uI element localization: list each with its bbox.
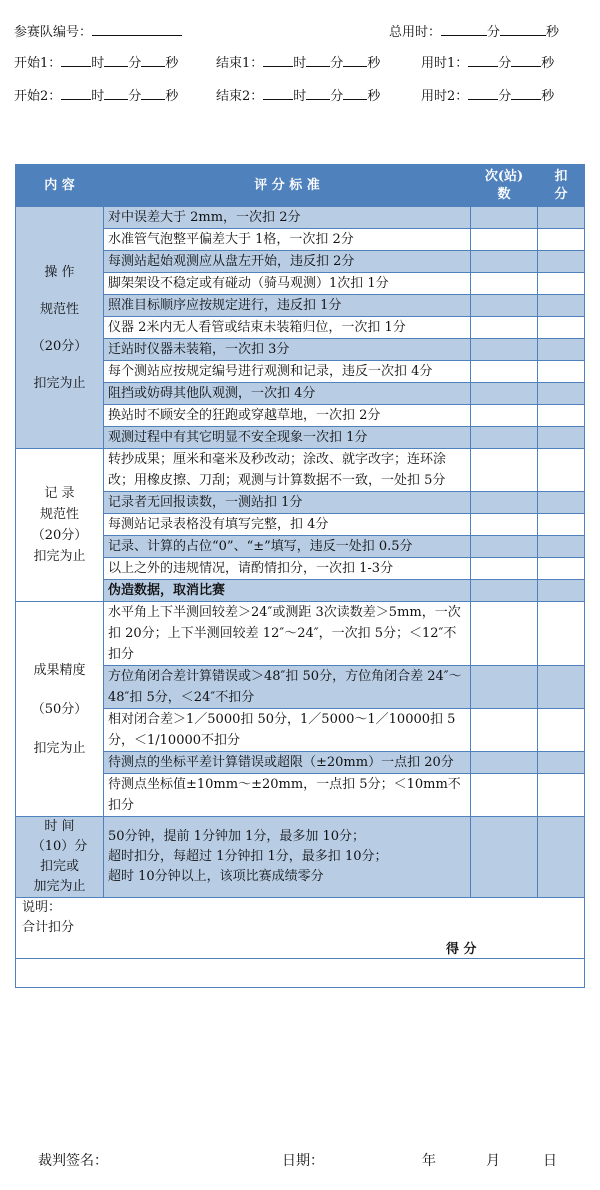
end2-sec-field[interactable]	[343, 86, 367, 100]
deduction-cell[interactable]	[538, 427, 585, 449]
criterion: 待测点的坐标平差计算错误或超限（±20mm）一点扣 20分	[104, 752, 471, 774]
criterion: 每个测站应按规定编号进行观测和记录，违反一次扣 4分	[104, 361, 471, 383]
deduction-cell[interactable]	[538, 361, 585, 383]
count-cell[interactable]	[471, 317, 538, 339]
criterion: 对中误差大于 2mm，一次扣 2分	[104, 207, 471, 229]
deduction-cell[interactable]	[538, 229, 585, 251]
start2-sec-field[interactable]	[141, 86, 165, 100]
team-no-label: 参赛队编号：	[14, 25, 92, 40]
col-header-content: 内 容	[16, 165, 104, 207]
notes-cell[interactable]: 说明： 合计扣分 得 分	[16, 898, 585, 959]
criterion: 仪器 2米内无人看管或结束未装箱归位，一次扣 1分	[104, 317, 471, 339]
count-cell[interactable]	[471, 229, 538, 251]
criterion: 脚架架设不稳定或有碰动（骑马观测）1次扣 1分	[104, 273, 471, 295]
minute-unit: 分	[498, 89, 511, 104]
criterion: 转抄成果；厘米和毫米及秒改动；涂改、就字改字；连环涂改；用橡皮擦、刀刮；观测与计…	[104, 449, 471, 492]
criterion: 水准管气泡整平偏差大于 1格，一次扣 2分	[104, 229, 471, 251]
count-cell[interactable]	[471, 361, 538, 383]
criterion: 观测过程中有其它明显不安全现象一次扣 1分	[104, 427, 471, 449]
second-unit: 秒	[367, 56, 380, 71]
criterion: 相对闭合差＞1／5000扣 50分，1／5000～1／10000扣 5分，＜1/…	[104, 709, 471, 752]
team-info-line: 参赛队编号： 总用时：分秒	[14, 22, 586, 40]
second-unit: 秒	[541, 56, 554, 71]
count-cell[interactable]	[471, 666, 538, 709]
table-row: 时 间 （10）分 扣完或 加完为止 50分钟，提前 1分钟加 1分，最多加 1…	[16, 817, 585, 898]
end2-label: 结束2：	[216, 89, 263, 104]
deduction-cell[interactable]	[538, 207, 585, 229]
end1-min-field[interactable]	[306, 53, 330, 67]
notes-label: 说明：	[22, 898, 580, 918]
criterion-time: 50分钟，提前 1分钟加 1分，最多加 10分； 超时扣分，每超过 1分钟扣 1…	[104, 817, 471, 898]
count-cell[interactable]	[471, 251, 538, 273]
deduction-cell[interactable]	[538, 602, 585, 666]
criterion: 水平角上下半测回较差＞24″或测距 3次读数差＞5mm，一次扣 20分；上下半测…	[104, 602, 471, 666]
criterion: 照准目标顺序应按规定进行，违反扣 1分	[104, 295, 471, 317]
month-label: 月	[486, 1150, 500, 1170]
count-cell[interactable]	[471, 774, 538, 817]
total-deduction-label: 合计扣分	[22, 918, 580, 938]
count-cell[interactable]	[471, 536, 538, 558]
deduction-cell[interactable]	[538, 273, 585, 295]
day-label: 日	[543, 1150, 557, 1170]
end1-hour-field[interactable]	[263, 53, 293, 67]
deduction-cell[interactable]	[538, 514, 585, 536]
start2-min-field[interactable]	[104, 86, 128, 100]
deduction-cell[interactable]	[538, 339, 585, 361]
deduction-cell[interactable]	[538, 536, 585, 558]
start2-label: 开始2：	[14, 89, 61, 104]
deduction-cell[interactable]	[538, 580, 585, 602]
count-cell[interactable]	[471, 207, 538, 229]
table-row: 操 作 规范性 （20分） 扣完为止 对中误差大于 2mm，一次扣 2分	[16, 207, 585, 229]
col-header-criteria: 评 分 标 准	[104, 165, 471, 207]
minute-unit: 分	[330, 56, 343, 71]
deduction-cell[interactable]	[538, 383, 585, 405]
count-cell[interactable]	[471, 427, 538, 449]
minute-unit: 分	[487, 25, 500, 40]
used1-min-field[interactable]	[468, 53, 498, 67]
count-cell[interactable]	[471, 817, 538, 898]
total-time-label: 总用时：	[389, 25, 441, 40]
deduction-cell[interactable]	[538, 492, 585, 514]
count-cell[interactable]	[471, 295, 538, 317]
deduction-cell[interactable]	[538, 405, 585, 427]
criterion: 方位角闭合差计算错误或＞48″扣 50分，方位角闭合差 24″～48″扣 5分，…	[104, 666, 471, 709]
second-unit: 秒	[546, 25, 559, 40]
deduction-cell[interactable]	[538, 449, 585, 492]
deduction-cell[interactable]	[538, 774, 585, 817]
count-cell[interactable]	[471, 752, 538, 774]
table-header-row: 内 容 评 分 标 准 次(站)数 扣分	[16, 165, 585, 207]
criterion: 每测站记录表格没有填写完整，扣 4分	[104, 514, 471, 536]
category-operation: 操 作 规范性 （20分） 扣完为止	[16, 207, 104, 449]
minute-unit: 分	[498, 56, 511, 71]
table-row: 记 录 规范性 （20分） 扣完为止 转抄成果；厘米和毫米及秒改动；涂改、就字改…	[16, 449, 585, 492]
year-label: 年	[422, 1150, 436, 1170]
count-cell[interactable]	[471, 383, 538, 405]
count-cell[interactable]	[471, 405, 538, 427]
category-time: 时 间 （10）分 扣完或 加完为止	[16, 817, 104, 898]
criterion: 阻挡或妨碍其他队观测，一次扣 4分	[104, 383, 471, 405]
count-cell[interactable]	[471, 580, 538, 602]
second-unit: 秒	[165, 89, 178, 104]
scoring-table: 内 容 评 分 标 准 次(站)数 扣分 操 作 规范性 （20分） 扣完为止 …	[15, 164, 585, 988]
total-min-field[interactable]	[441, 22, 487, 36]
end1-label: 结束1：	[216, 56, 263, 71]
score-cell[interactable]	[16, 959, 585, 988]
category-accuracy: 成果精度 （50分） 扣完为止	[16, 602, 104, 817]
deduction-cell[interactable]	[538, 317, 585, 339]
minute-unit: 分	[330, 89, 343, 104]
criterion: 以上之外的违规情况，请酌情扣分，一次扣 1-3分	[104, 558, 471, 580]
second-unit: 秒	[541, 89, 554, 104]
col-header-deduction: 扣分	[538, 165, 585, 207]
criterion: 迁站时仪器未装箱，一次扣 3分	[104, 339, 471, 361]
hour-unit: 时	[91, 89, 104, 104]
used1-label: 用时1：	[421, 56, 468, 71]
end1-sec-field[interactable]	[343, 53, 367, 67]
deduction-cell[interactable]	[538, 817, 585, 898]
second-unit: 秒	[367, 89, 380, 104]
score-row	[16, 959, 585, 988]
criterion: 每测站起始观测应从盘左开始，违反扣 2分	[104, 251, 471, 273]
date-label: 日期：	[282, 1150, 324, 1170]
deduction-cell[interactable]	[538, 752, 585, 774]
end2-hour-field[interactable]	[263, 86, 293, 100]
criterion-forgery: 伪造数据，取消比赛	[104, 580, 471, 602]
end2-min-field[interactable]	[306, 86, 330, 100]
deduction-cell[interactable]	[538, 251, 585, 273]
count-cell[interactable]	[471, 514, 538, 536]
count-cell[interactable]	[471, 273, 538, 295]
used1-sec-field[interactable]	[511, 53, 541, 67]
second-unit: 秒	[165, 56, 178, 71]
count-cell[interactable]	[471, 558, 538, 580]
deduction-cell[interactable]	[538, 558, 585, 580]
run2-line: 开始2：时分秒 结束2：时分秒 用时2：分秒	[14, 86, 586, 104]
start1-label: 开始1：	[14, 56, 61, 71]
score-label: 得 分	[446, 940, 477, 960]
start1-sec-field[interactable]	[141, 53, 165, 67]
minute-unit: 分	[128, 56, 141, 71]
used2-label: 用时2：	[421, 89, 468, 104]
referee-signature-label: 裁判签名：	[38, 1150, 108, 1170]
deduction-cell[interactable]	[538, 666, 585, 709]
count-cell[interactable]	[471, 602, 538, 666]
minute-unit: 分	[128, 89, 141, 104]
team-no-field[interactable]	[92, 22, 182, 36]
criterion: 待测点坐标值±10mm～±20mm，一点扣 5分；＜10mm不扣分	[104, 774, 471, 817]
run1-line: 开始1：时分秒 结束1：时分秒 用时1：分秒	[14, 53, 586, 71]
deduction-cell[interactable]	[538, 295, 585, 317]
count-cell[interactable]	[471, 449, 538, 492]
hour-unit: 时	[91, 56, 104, 71]
category-recording: 记 录 规范性 （20分） 扣完为止	[16, 449, 104, 602]
col-header-count: 次(站)数	[471, 165, 538, 207]
count-cell[interactable]	[471, 339, 538, 361]
deduction-cell[interactable]	[538, 709, 585, 752]
total-sec-field[interactable]	[500, 22, 546, 36]
criterion: 记录者无回报读数，一测站扣 1分	[104, 492, 471, 514]
start1-min-field[interactable]	[104, 53, 128, 67]
criterion: 记录、计算的占位“0”、“±”填写，违反一处扣 0.5分	[104, 536, 471, 558]
start2-hour-field[interactable]	[61, 86, 91, 100]
criterion: 换站时不顾安全的狂跑或穿越草地，一次扣 2分	[104, 405, 471, 427]
count-cell[interactable]	[471, 492, 538, 514]
hour-unit: 时	[293, 56, 306, 71]
used2-sec-field[interactable]	[511, 86, 541, 100]
count-cell[interactable]	[471, 709, 538, 752]
hour-unit: 时	[293, 89, 306, 104]
used2-min-field[interactable]	[468, 86, 498, 100]
table-row: 成果精度 （50分） 扣完为止 水平角上下半测回较差＞24″或测距 3次读数差＞…	[16, 602, 585, 666]
notes-row: 说明： 合计扣分 得 分	[16, 898, 585, 959]
start1-hour-field[interactable]	[61, 53, 91, 67]
